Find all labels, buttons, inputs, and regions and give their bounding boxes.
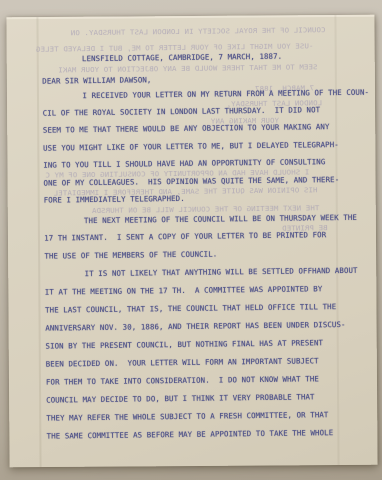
letter-line: COUNCIL MAY DECIDE TO DO, BUT I THINK IT… (46, 393, 315, 404)
ghost-bleedthrough-line: SEEM TO ME THAT THERE WOULD BE ANY OBJEC… (58, 63, 317, 74)
scanned-letter-page: COUNCIL OF THE ROYAL SOCIETY IN LONDON L… (0, 0, 382, 480)
letter-line: 17 TH INSTANT. I SENT A COPY OF YOUR LET… (44, 231, 326, 242)
ghost-bleedthrough-line: COUNCIL OF THE ROYAL SOCIETY IN LONDON L… (71, 26, 326, 37)
letter-text-layer: COUNCIL OF THE ROYAL SOCIETY IN LONDON L… (5, 14, 378, 468)
letter-line: THE USE OF THE MEMBERS OF THE COUNCIL. (44, 251, 217, 261)
letter-line: IT AT THE MEETING ON THE 17 TH. A COMMIT… (45, 285, 323, 296)
letter-paper-sheet: COUNCIL OF THE ROYAL SOCIETY IN LONDON L… (6, 15, 377, 468)
letter-line: FOR THEM TO TAKE INTO CONSIDERATION. I D… (46, 375, 319, 386)
letter-line: USE YOU MIGHT LIKE OF YOUR LETTER TO ME,… (43, 141, 339, 153)
letter-line: FORE I IMMEDIATELY TELEGRAPHED. (44, 195, 185, 205)
letter-line: IT IS NOT LIKELY THAT ANYTHING WILL BE S… (85, 267, 358, 278)
letter-line: LENSFIELD COTTAGE, CAMBRIDGE, 7 MARCH, 1… (82, 53, 282, 63)
letter-line: THE LAST COUNCIL, THAT IS, THE COUNCIL T… (45, 303, 336, 315)
letter-line: THEY MAY REFER THE WHOLE SUBJECT TO A FR… (46, 411, 328, 422)
letter-line: SEEM TO ME THAT THERE WOULD BE ANY OBJEC… (43, 123, 330, 135)
letter-line: THE SAME COMMITTEE AS BEFORE MAY BE APPO… (47, 429, 334, 441)
letter-line: DEAR SIR WILLIAM DAWSON, (42, 76, 151, 85)
letter-line: SION BY THE PRESENT COUNCIL, BUT NOTHING… (45, 339, 323, 350)
letter-line: BEEN DECIDED ON. YOUR LETTER WILL FORM A… (46, 357, 319, 368)
letter-line: ANNIVERSARY NOV. 30, 1886, AND THEIR REP… (45, 321, 345, 333)
